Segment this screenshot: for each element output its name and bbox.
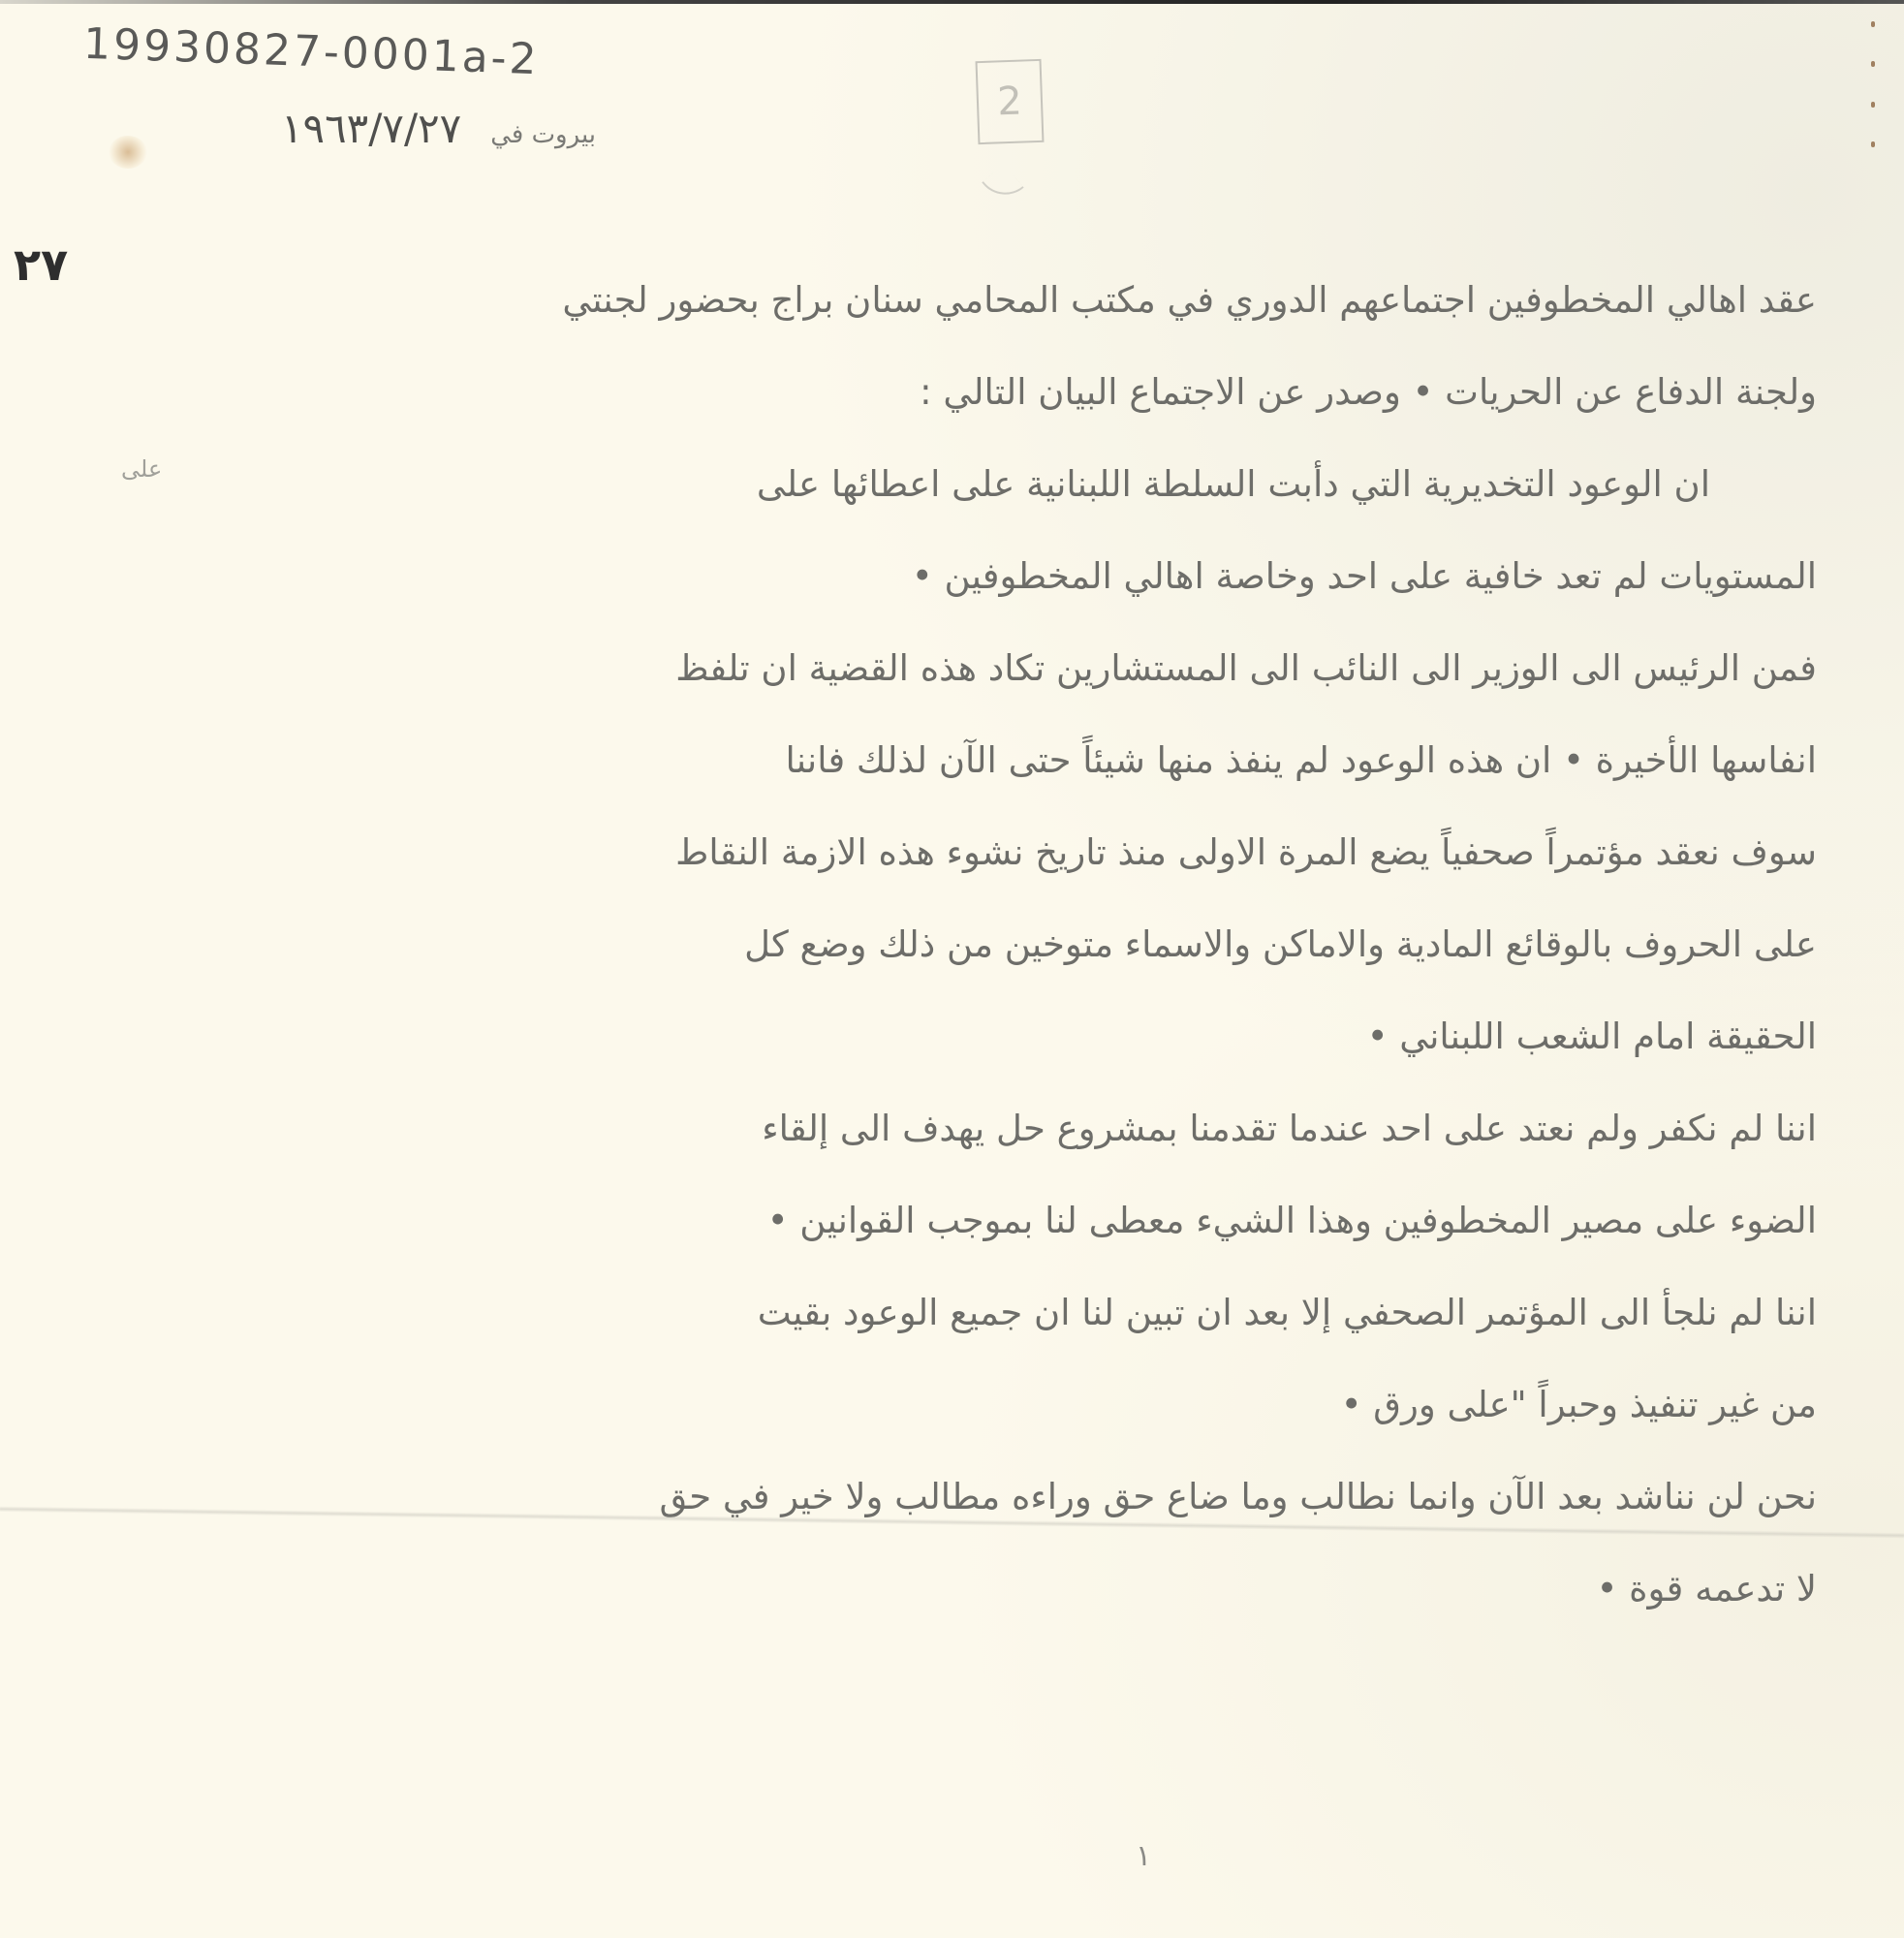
binding-hole [1871, 61, 1875, 67]
text-line: الضوء على مصير المخطوفين وهذا الشيء معطى… [15, 1174, 1817, 1266]
text-line: اننا لم نكفر ولم نعتد على احد عندما تقدم… [15, 1082, 1817, 1174]
text-line: الحقيقة امام الشعب اللبناني • [15, 990, 1817, 1082]
dateline-place: بيروت في [490, 120, 596, 149]
text-line: على الحروف بالوقائع المادية والاماكن وال… [15, 898, 1817, 990]
scan-top-edge [0, 0, 1904, 4]
binding-hole [1871, 21, 1875, 27]
text-line: من غير تنفيذ وحبراً "على ورق • [15, 1359, 1817, 1451]
text-line: المستويات لم تعد خافية على احد وخاصة اها… [15, 530, 1817, 622]
page-number-box: 2 [976, 59, 1045, 144]
paper-stain [109, 136, 147, 169]
footer-page-mark: ١ [1136, 1839, 1151, 1873]
text-line: اننا لم نلجأ الى المؤتمر الصحفي إلا بعد … [15, 1266, 1817, 1359]
statement-body: عقد اهالي المخطوفين اجتماعهم الدوري في م… [15, 254, 1817, 1635]
dateline-date: ١٩٦٣/٧/٢٧ [281, 105, 461, 152]
page-number: 2 [996, 79, 1022, 125]
text-line: فمن الرئيس الى الوزير الى النائب الى الم… [15, 622, 1817, 714]
binding-holes [1870, 21, 1876, 147]
text-line: لا تدعمه قوة • [15, 1543, 1817, 1635]
text-line: ولجنة الدفاع عن الحريات • وصدر عن الاجتم… [15, 346, 1817, 438]
binding-hole [1871, 141, 1875, 147]
text-line: انفاسها الأخيرة • ان هذه الوعود لم ينفذ … [15, 714, 1817, 806]
document-page: 19930827-0001a-2 2 بيروت في ١٩٦٣/٧/٢٧ ٢٧… [0, 0, 1904, 1938]
text-line: عقد اهالي المخطوفين اجتماعهم الدوري في م… [15, 254, 1817, 346]
text-line: سوف نعقد مؤتمراً صحفياً يضع المرة الاولى… [15, 806, 1817, 898]
binding-hole [1871, 102, 1875, 108]
archive-id-handwritten: 19930827-0001a-2 [82, 19, 540, 84]
page-box-mark [982, 164, 1024, 206]
dateline: بيروت في ١٩٦٣/٧/٢٧ [281, 105, 596, 152]
text-line: ان الوعود التخديرية التي دأبت السلطة الل… [15, 438, 1817, 530]
